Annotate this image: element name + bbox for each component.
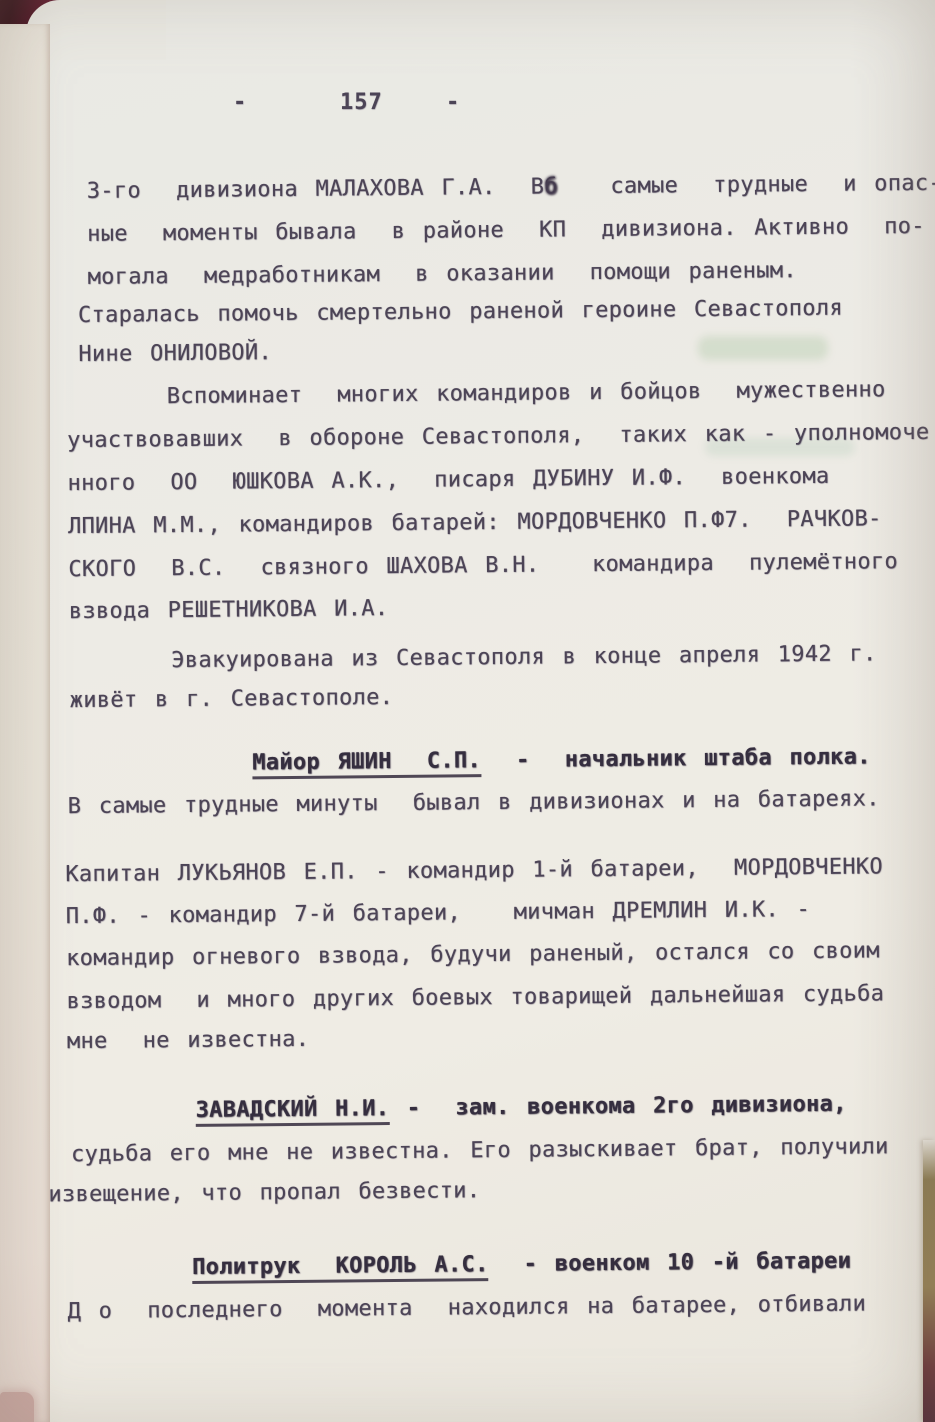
text-line: извещение, что пропал безвести.	[48, 1165, 916, 1216]
text-segment: - военком 10 -й батареи	[488, 1249, 851, 1277]
left-page-edge	[0, 24, 50, 1422]
text-line: Эвакуирована из Севастополя в конце апре…	[171, 632, 911, 682]
text-segment: взводом и много других боевых товарищей …	[66, 981, 884, 1014]
text-segment: ЛПИНА М.М., командиров батарей: МОРДОВЧЕ…	[68, 506, 882, 539]
text-segment: нного ОО ЮШКОВА А.К., писаря ДУБИНУ И.Ф.…	[68, 464, 830, 496]
heading-line: ЗАВАДСКИЙ Н.И. - зам. военкома 2го дивиз…	[195, 1082, 915, 1132]
right-page-edge	[923, 1140, 935, 1422]
text-line: Д о последнего момента находился на бата…	[67, 1282, 917, 1333]
text-segment: мне не известна.	[67, 1027, 310, 1054]
text-segment: ные моменты бывала в районе КП дивизиона…	[87, 214, 925, 247]
text-body: 3-го дивизиона МАЛАХОВА Г.А. Вб самые тр…	[85, 0, 918, 1333]
underlined-name: Политрук КОРОЛЬ А.С.	[192, 1252, 489, 1284]
text-segment: извещение, что пропал безвести.	[48, 1178, 480, 1207]
text-segment: Д о последнего момента находился на бата…	[67, 1291, 866, 1324]
text-line: СКОГО В.С. связного ШАХОВА В.Н. командир…	[68, 540, 910, 591]
text-line: Вспоминает многих командиров и бойцов му…	[167, 368, 909, 418]
text-segment: взвода РЕШЕТНИКОВА И.А.	[69, 596, 389, 624]
text-segment: Эвакуирована из Севастополя в конце апре…	[171, 641, 876, 673]
text-segment: участвовавших в обороне Севастополя, так…	[67, 420, 929, 453]
text-segment: судьба его мне не известна. Его разыскив…	[71, 1134, 889, 1167]
text-segment: Вспоминает многих командиров и бойцов му…	[167, 377, 886, 409]
text-segment: Нине ОНИЛОВОЙ.	[78, 340, 272, 367]
text-line: Старалась помочь смертельно раненой геро…	[78, 286, 908, 337]
text-segment: могала медработникам в оказании помощи р…	[88, 258, 797, 290]
text-segment: самые трудные и опас-	[558, 171, 935, 200]
text-line: В самые трудные минуты бывал в дивизиона…	[68, 777, 913, 828]
text-line: судьба его мне не известна. Его разыскив…	[71, 1125, 916, 1176]
text-segment: живёт в г. Севастополе.	[70, 685, 394, 713]
text-segment: П.Ф. - командир 7-й батареи, мичман ДРЕМ…	[66, 897, 811, 929]
text-segment: командир огневого взвода, будучи раненый…	[66, 938, 880, 971]
text-line: взвода РЕШЕТНИКОВА И.А.	[69, 582, 911, 633]
bottom-left-page-edge	[0, 1392, 34, 1422]
text-line: взводом и много других боевых товарищей …	[66, 972, 914, 1023]
text-segment: - зам. военкома 2го дивизиона,	[389, 1092, 847, 1121]
text-segment: - начальник штаба полка.	[481, 744, 871, 773]
heading-line: Майор ЯШИН С.П. - начальник штаба полка.	[252, 735, 912, 784]
underlined-name: Майор ЯШИН С.П.	[252, 748, 481, 779]
text-segment: Старалась помочь смертельно раненой геро…	[78, 296, 843, 328]
text-line: мне не известна.	[67, 1012, 915, 1063]
scanned-document-photo: - 157 - 3-го дивизиона МАЛАХОВА Г.А. Вб …	[0, 0, 935, 1422]
text-segment: 3-го дивизиона МАЛАХОВА Г.А. В	[87, 175, 545, 204]
ink-blot: б	[544, 174, 558, 199]
text-segment: СКОГО В.С. связного ШАХОВА В.Н. командир…	[68, 549, 898, 582]
text-segment: В самые трудные минуты бывал в дивизиона…	[68, 786, 880, 819]
heading-line: Политрук КОРОЛЬ А.С. - военком 10 -й бат…	[192, 1239, 917, 1289]
text-segment: Капитан ЛУКЬЯНОВ Е.П. - командир 1-й бат…	[65, 854, 883, 887]
underlined-name: ЗАВАДСКИЙ Н.И.	[196, 1096, 390, 1127]
